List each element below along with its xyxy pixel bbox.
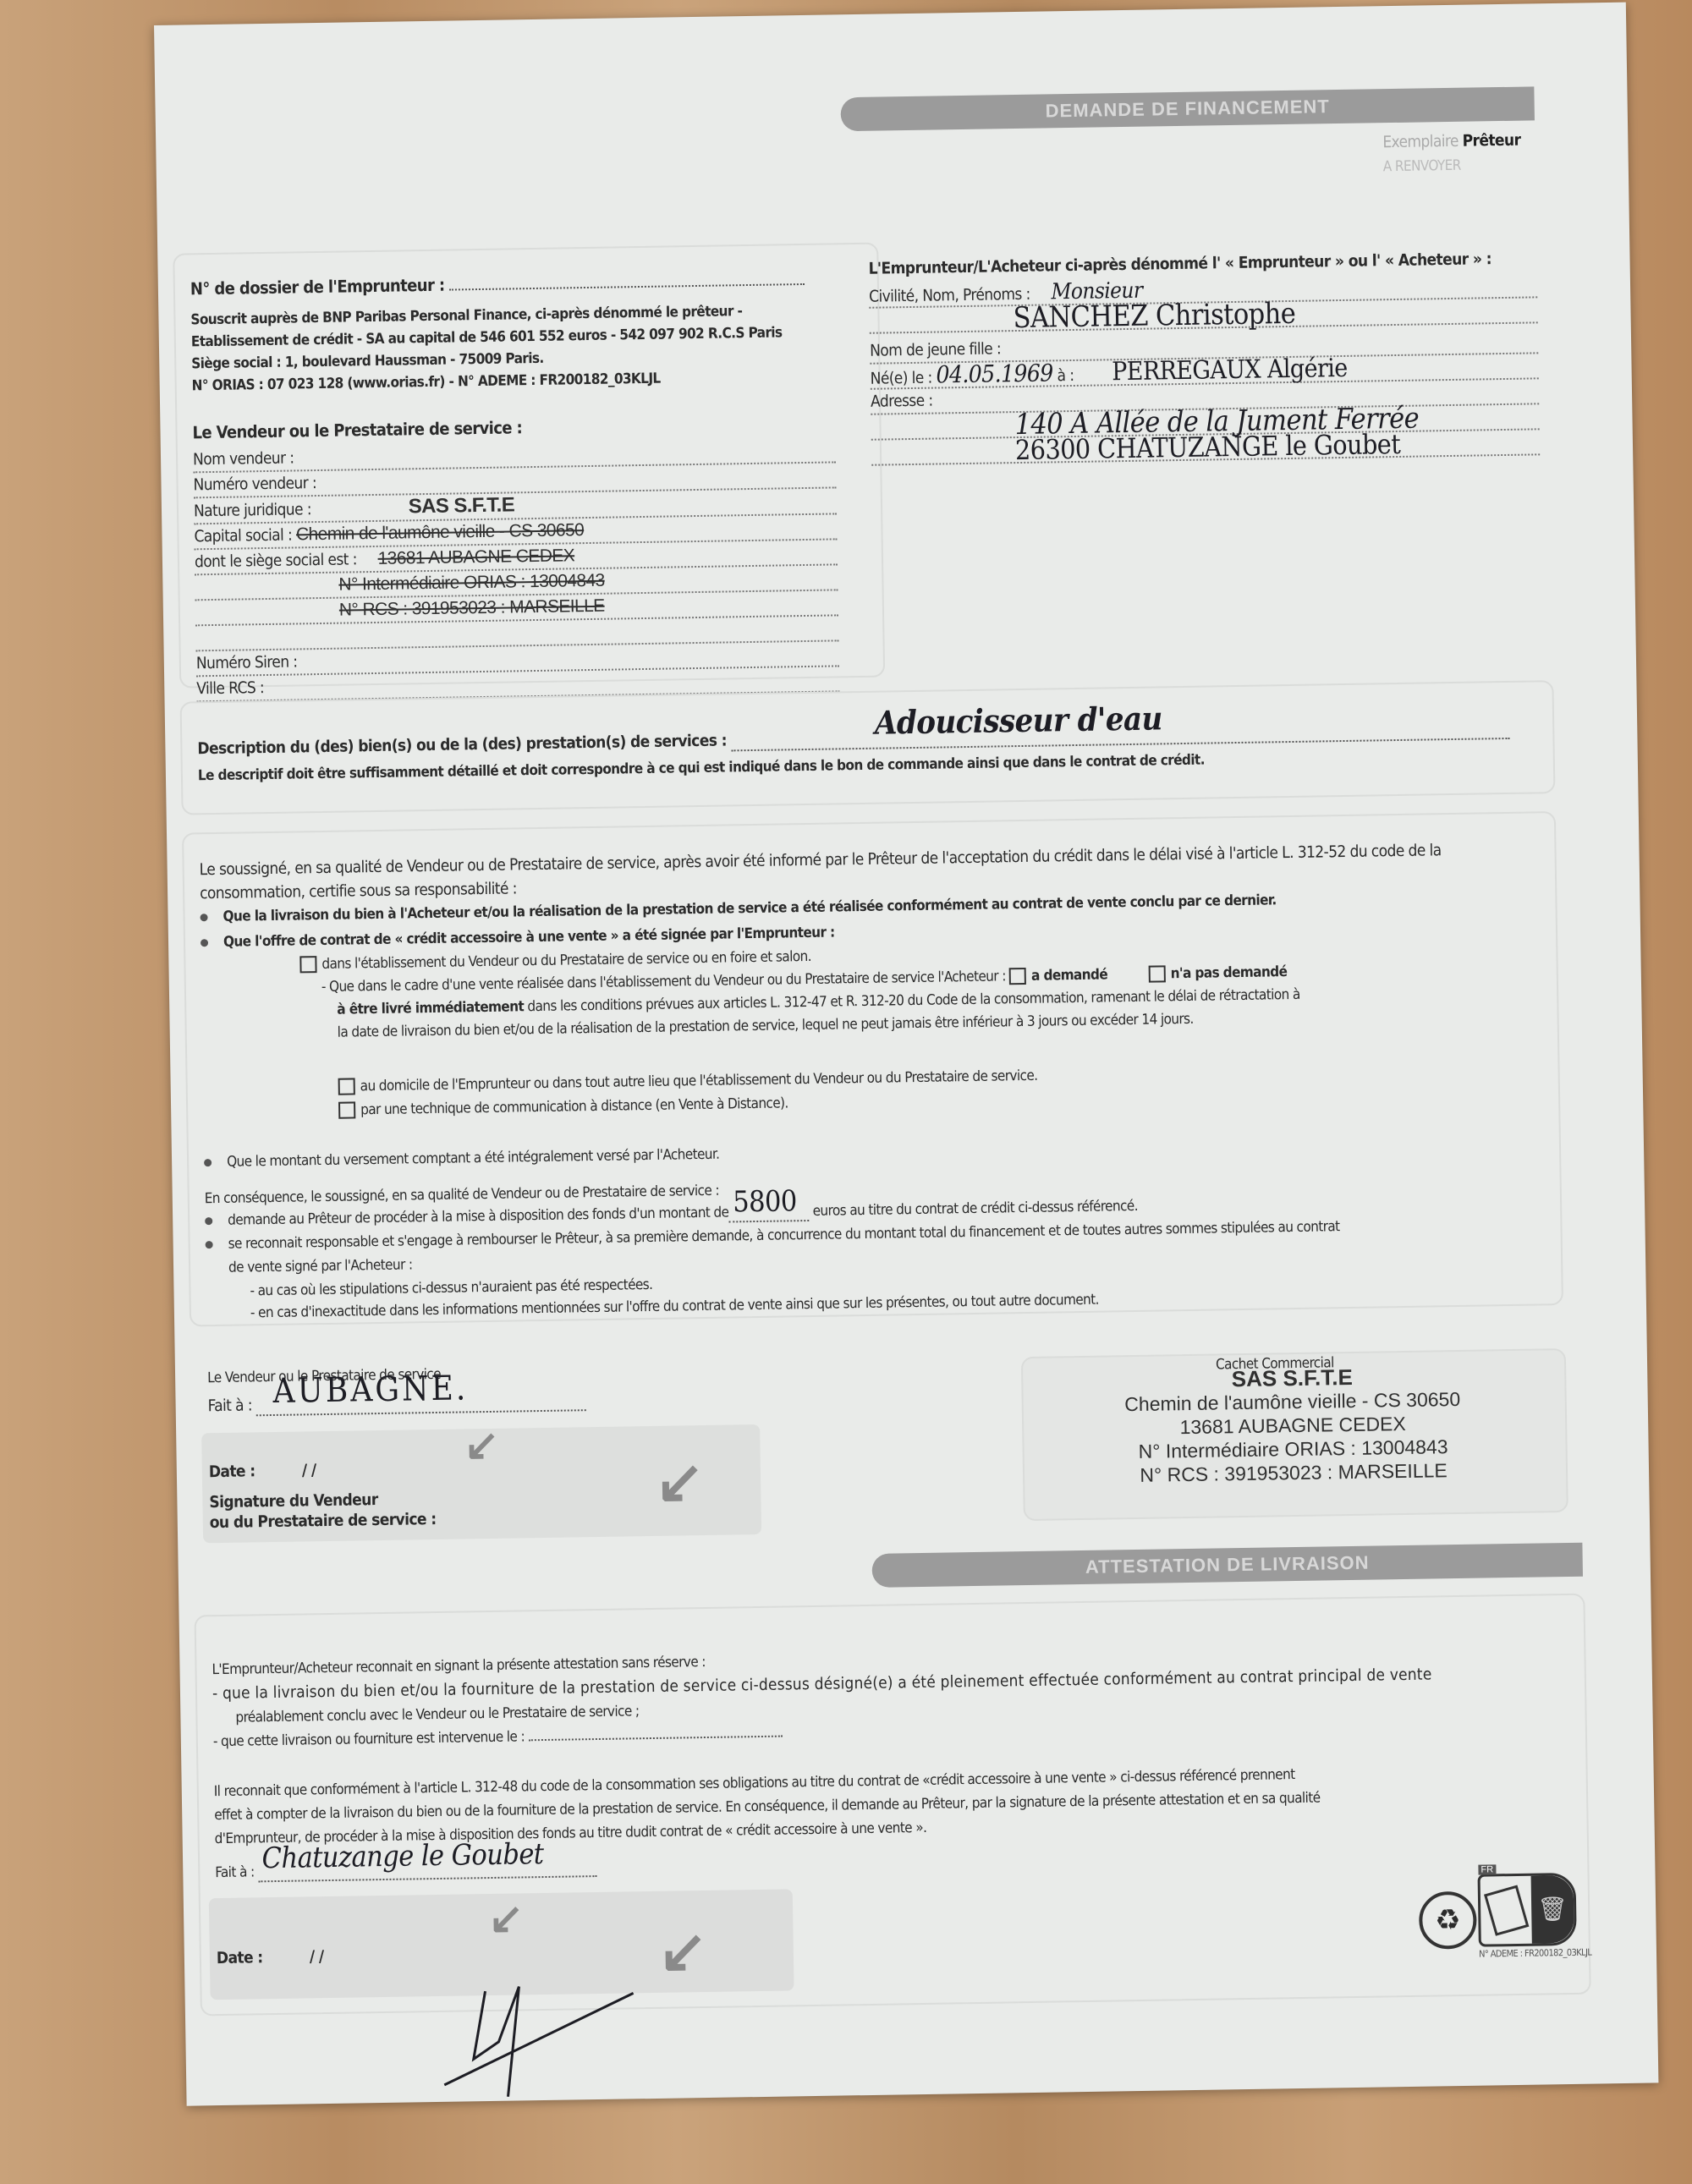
- borrower-fields: Civilité, Nom, Prénoms : Monsieur SANCHE…: [869, 272, 1540, 465]
- commercial-stamp: SAS S.F.T.E Chemin de l'aumône vieille -…: [1021, 1362, 1564, 1489]
- vendor-signature-label: Signature du Vendeur ou du Prestataire d…: [209, 1489, 436, 1533]
- dossier-field[interactable]: [449, 283, 805, 291]
- sign-here-arrow-icon: ↙: [488, 1893, 525, 1943]
- copy-recipient: Prêteur: [1462, 131, 1520, 151]
- sign-here-arrow-icon: ↙: [654, 1446, 705, 1517]
- attestation-date[interactable]: Date : / /: [217, 1947, 324, 1967]
- checkbox-establishment[interactable]: [299, 956, 316, 973]
- checkbox-home[interactable]: [338, 1078, 355, 1095]
- recycling-logos: ♻ FR 🗑 N° ADEME : FR200182_03KLJL: [1419, 1873, 1573, 1960]
- return-label: A RENVOYER: [1383, 157, 1461, 175]
- recycle-person-icon: ♻: [1419, 1891, 1477, 1950]
- checkbox-distance[interactable]: [338, 1101, 355, 1118]
- vendor-fields: Nom vendeur : Numéro vendeur : Nature ju…: [193, 437, 840, 702]
- bin-icon: 🗑: [1531, 1875, 1574, 1944]
- vendor-place-label: Fait à : AUBAGNE.: [207, 1391, 585, 1417]
- delivery-attestation-banner: ATTESTATION DE LIVRAISON: [871, 1543, 1583, 1588]
- triman-icon: FR 🗑: [1478, 1873, 1577, 1947]
- attestation-title: ATTESTATION DE LIVRAISON: [1085, 1552, 1370, 1578]
- ademe-number: N° ADEME : FR200182_03KLJL: [1479, 1947, 1591, 1960]
- vendor-date[interactable]: Date : / /: [209, 1461, 316, 1481]
- sign-here-arrow-icon: ↙: [464, 1420, 500, 1470]
- banner-title: DEMANDE DE FINANCEMENT: [1045, 96, 1329, 121]
- repayment-engagement-cont: de vente signé par l'Acheteur :: [228, 1256, 413, 1276]
- checkbox-not-asked[interactable]: [1148, 965, 1165, 982]
- sign-here-arrow-icon: ↙: [657, 1916, 708, 1986]
- copy-label: Exemplaire Prêteur: [1382, 131, 1520, 152]
- paper-icon: [1484, 1885, 1529, 1936]
- financing-request-banner: DEMANDE DE FINANCEMENT: [840, 86, 1535, 131]
- lender-info: Souscrit auprès de BNP Paribas Personal …: [190, 299, 783, 397]
- vendor-place-field[interactable]: AUBAGNE.: [256, 1391, 586, 1416]
- delivery-date-field[interactable]: [528, 1736, 782, 1742]
- fr-badge: FR: [1478, 1864, 1496, 1874]
- borrower-heading: L'Emprunteur/L'Acheteur ci-après dénommé…: [868, 250, 1491, 278]
- amount-field[interactable]: 5800: [728, 1203, 809, 1222]
- borrower-signature: [438, 1980, 643, 2102]
- checkbox-asked[interactable]: [1009, 968, 1026, 985]
- financing-request-form: DEMANDE DE FINANCEMENT Exemplaire Prêteu…: [154, 3, 1658, 2106]
